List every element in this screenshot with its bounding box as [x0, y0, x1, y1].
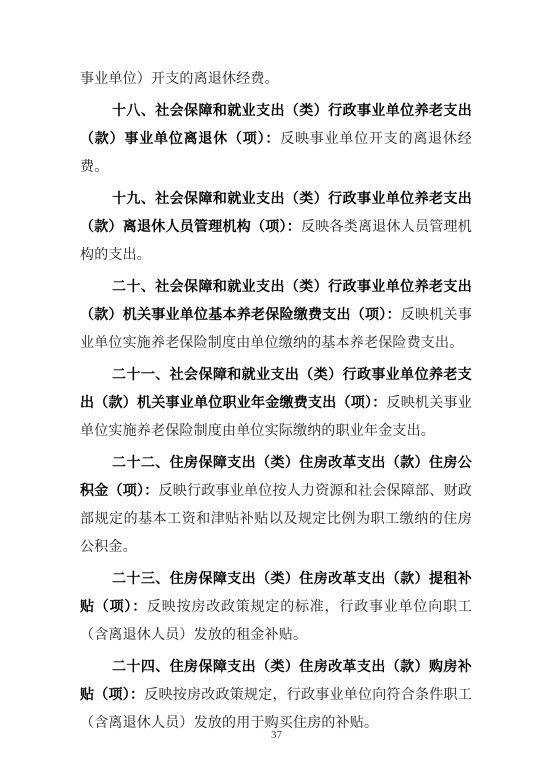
document-page: 事业单位）开支的离退休经费。十八、社会保障和就业支出（类）行政事业单位养老支出（…: [0, 0, 553, 782]
clause-description: 事业单位）开支的离退休经费。: [80, 72, 279, 87]
page-number: 37: [0, 728, 553, 742]
paragraph: 十九、社会保障和就业支出（类）行政事业单位养老支出（款）离退休人员管理机构（项）…: [80, 186, 472, 270]
paragraph: 二十二、住房保障支出（类）住房改革支出（款）住房公积金（项）：反映行政事业单位按…: [80, 450, 472, 562]
paragraph: 二十四、住房保障支出（类）住房改革支出（款）购房补贴（项）：反映按房改政策规定，…: [80, 654, 472, 738]
paragraph: 二十一、社会保障和就业支出（类）行政事业单位养老支出（款）机关事业单位职业年金缴…: [80, 362, 472, 446]
paragraph: 二十、社会保障和就业支出（类）行政事业单位养老支出（款）机关事业单位基本养老保险…: [80, 274, 472, 358]
paragraph: 事业单位）开支的离退休经费。: [80, 66, 472, 94]
document-body: 事业单位）开支的离退休经费。十八、社会保障和就业支出（类）行政事业单位养老支出（…: [80, 66, 472, 738]
paragraph: 十八、社会保障和就业支出（类）行政事业单位养老支出（款）事业单位离退休（项）：反…: [80, 98, 472, 182]
paragraph: 二十三、住房保障支出（类）住房改革支出（款）提租补贴（项）：反映按房改政策规定的…: [80, 566, 472, 650]
